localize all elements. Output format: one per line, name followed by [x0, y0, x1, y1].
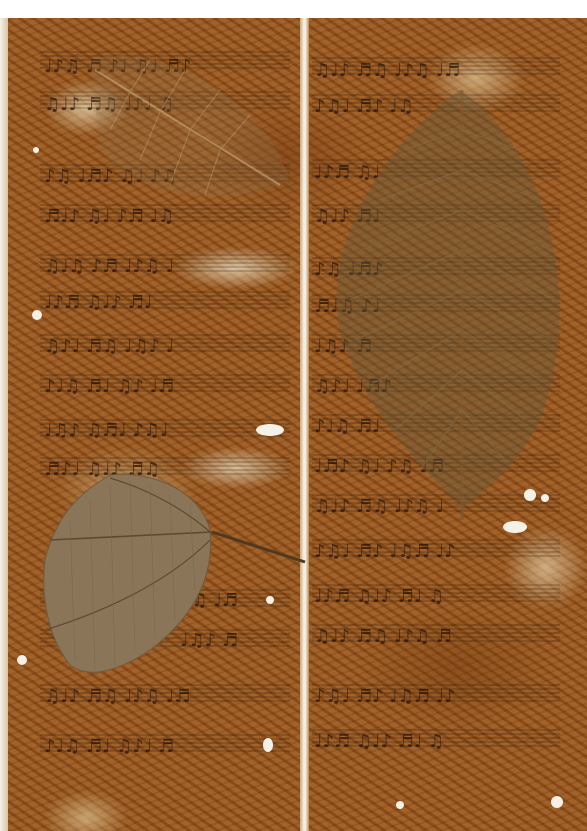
- svg-text:♫♩♫ ♪♬ ♩♪♫ ♩: ♫♩♫ ♪♬ ♩♪♫ ♩: [44, 256, 174, 277]
- svg-text:♫♩♪ ♬♫ ♩♪♫ ♬: ♫♩♪ ♬♫ ♩♪♫ ♬: [314, 626, 452, 647]
- svg-text:♪♫♩ ♬♪ ♩♫♬ ♩♪: ♪♫♩ ♬♪ ♩♫♬ ♩♪: [314, 541, 456, 562]
- svg-text:♩♪♬ ♫♩♪ ♬♩ ♫: ♩♪♬ ♫♩♪ ♬♩ ♫: [314, 586, 444, 607]
- svg-text:♪♩♫ ♬♩ ♫♪♩ ♬: ♪♩♫ ♬♩ ♫♪♩ ♬: [44, 736, 174, 757]
- svg-text:♫♩♪ ♬♫ ♩♪♫ ♩: ♫♩♪ ♬♫ ♩♪♫ ♩: [314, 496, 444, 517]
- svg-text:♪♩♫ ♬♩ ♫♪ ♩♬: ♪♩♫ ♬♩ ♫♪ ♩♬: [44, 376, 174, 397]
- leaf-stem: [212, 532, 305, 562]
- svg-text:♩♪♬ ♫♩♪ ♬♩ ♫: ♩♪♬ ♫♩♪ ♬♩ ♫: [314, 731, 444, 752]
- svg-text:♫♪♩ ♬♫ ♩♫♪ ♩: ♫♪♩ ♬♫ ♩♫♪ ♩: [44, 336, 174, 357]
- artwork-canvas: ♩♪♫ ♬ ♪♩ ♫♩ ♬♪ ♫♩♪ ♬♫ ♩♪♩ ♫ ♪♫ ♩♬♪ ♫♩ ♪♫…: [0, 0, 587, 831]
- svg-text:♪♫♩ ♬♪ ♩♫: ♪♫♩ ♬♪ ♩♫: [314, 96, 414, 117]
- svg-text:♪♫♩ ♬♪ ♩♫♬ ♩♪: ♪♫♩ ♬♪ ♩♫♬ ♩♪: [314, 686, 456, 707]
- svg-text:♫♩♪ ♬♫ ♩♪♫ ♩♬: ♫♩♪ ♬♫ ♩♪♫ ♩♬: [314, 60, 460, 81]
- svg-text:♪♩♫ ♬♩: ♪♩♫ ♬♩: [314, 416, 380, 437]
- svg-text:♫♩♪ ♬♫ ♩♪♫ ♩♬: ♫♩♪ ♬♫ ♩♪♫ ♩♬: [44, 686, 190, 707]
- music-notation-layer: ♩♪♫ ♬ ♪♩ ♫♩ ♬♪ ♫♩♪ ♬♫ ♩♪♩ ♫ ♪♫ ♩♬♪ ♫♩ ♪♫…: [0, 0, 587, 831]
- svg-text:♩♪♬ ♫♩♪ ♬♩: ♩♪♬ ♫♩♪ ♬♩: [44, 292, 152, 313]
- svg-text:♩♪♬ ♫♩: ♩♪♬ ♫♩: [314, 162, 380, 183]
- svg-text:♩♫♪ ♫♬♩ ♪♫♩: ♩♫♪ ♫♬♩ ♪♫♩: [44, 420, 168, 441]
- dried-leaf-bottom-left: [44, 474, 305, 672]
- svg-text:♩♫♪ ♬: ♩♫♪ ♬: [180, 630, 238, 651]
- svg-text:♬♩♪ ♫♩ ♪♬ ♩♫: ♬♩♪ ♫♩ ♪♬ ♩♫: [44, 206, 174, 227]
